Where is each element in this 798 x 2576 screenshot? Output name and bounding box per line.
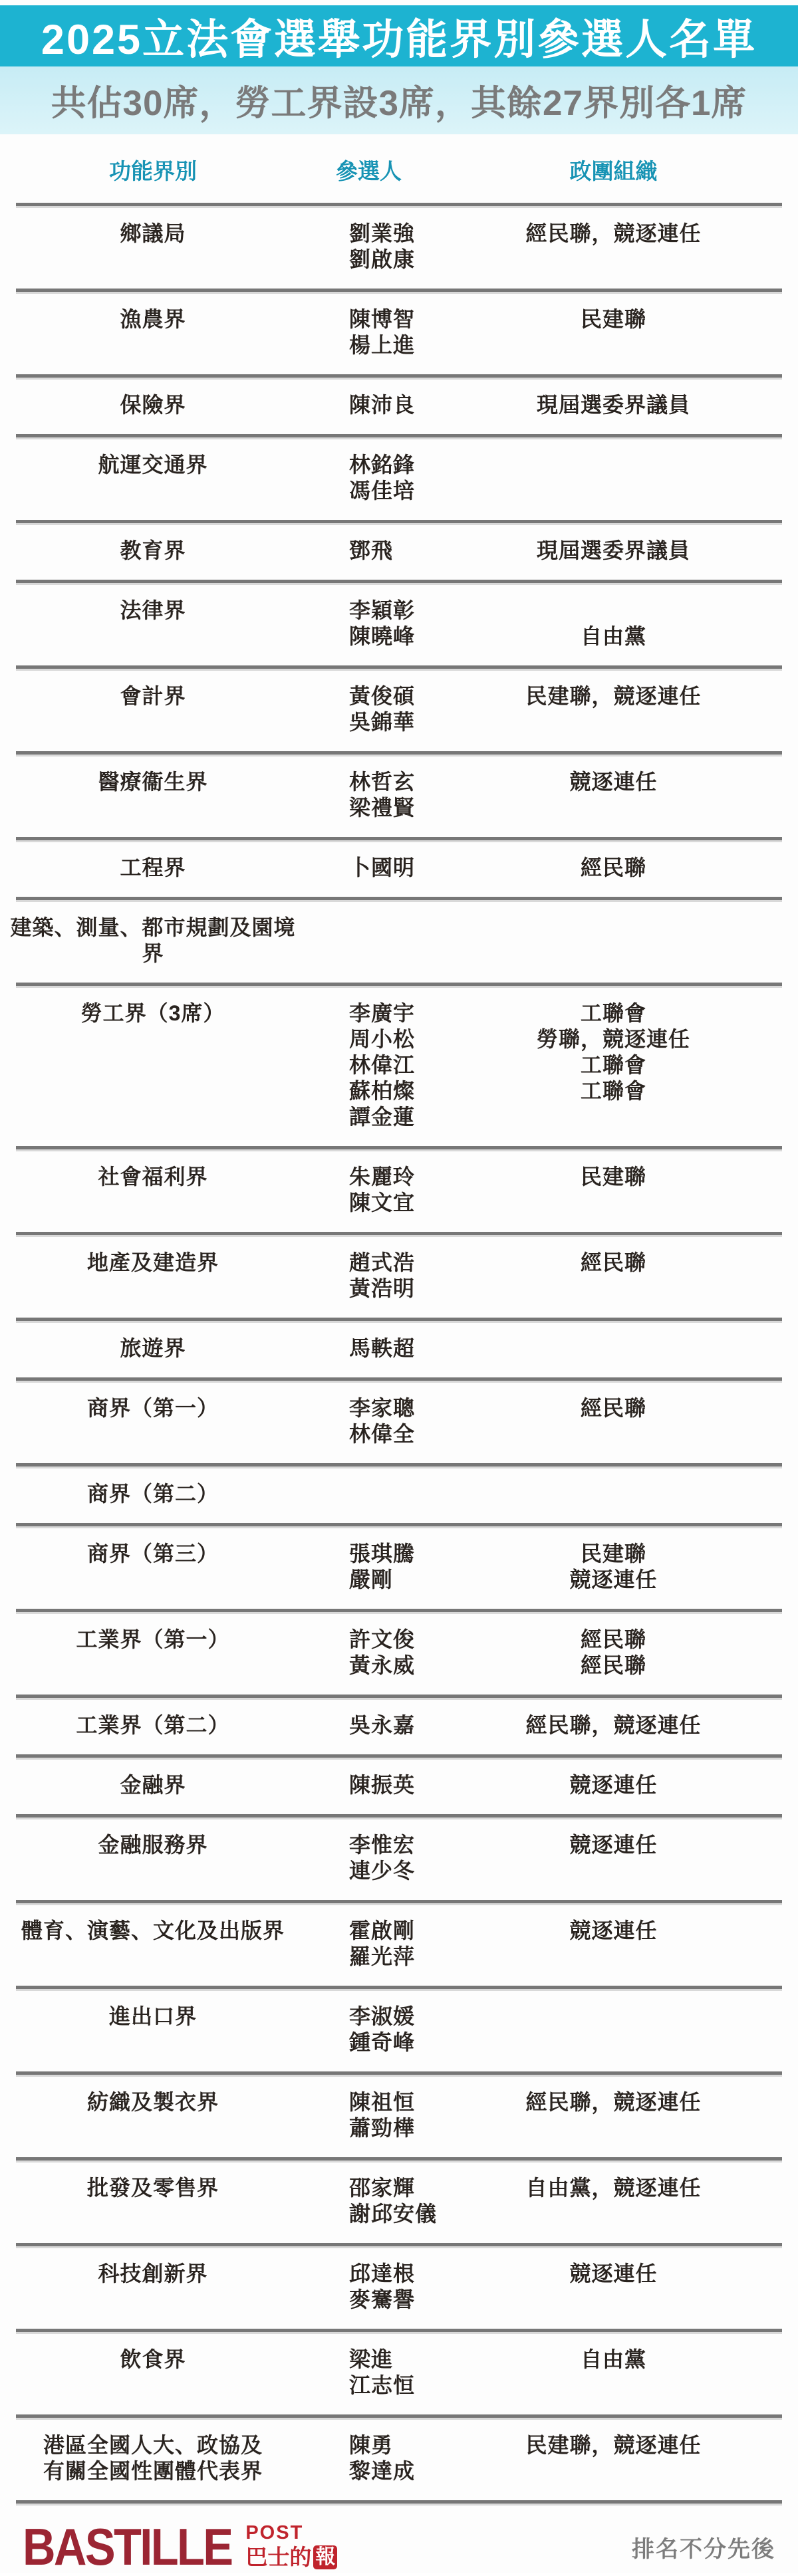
organisation-line: 競逐連任 — [492, 1567, 735, 1593]
candidates-cell: 陳沛良 — [306, 392, 492, 418]
ranking-note: 排名不分先後 — [632, 2531, 775, 2563]
candidate-name: 黃浩明 — [349, 1276, 492, 1302]
brand-chinese-text: 巴士的 — [245, 2545, 311, 2569]
candidates-cell: 李淑媛鍾奇峰 — [306, 2004, 492, 2055]
organisation-line: 經民聯，競逐連任 — [492, 1712, 735, 1738]
organisation-line: 自由黨，競逐連任 — [492, 2175, 735, 2201]
organisation-cell: 現屆選委界議員 — [492, 538, 798, 564]
category-line: 科技創新界 — [0, 2261, 306, 2287]
candidate-name: 陳振英 — [349, 1772, 492, 1798]
candidate-name: 黃永威 — [349, 1653, 492, 1679]
table-row: 進出口界李淑媛鍾奇峰 — [0, 1989, 798, 2071]
category-line: 金融服務界 — [0, 1832, 306, 1858]
organisation-cell: 競逐連任 — [492, 1918, 798, 1944]
organisation-cell: 自由黨，競逐連任 — [492, 2175, 798, 2201]
subtitle-banner: 共佔30席，勞工界設3席，其餘27界別各1席 — [0, 66, 798, 134]
organisation-cell: 經民聯 — [492, 1395, 798, 1421]
organisation-line: 民建聯，競逐連任 — [492, 683, 735, 709]
candidate-name: 謝邱安儀 — [349, 2201, 492, 2227]
candidates-cell: 邱達根麥騫譽 — [306, 2261, 492, 2313]
organisation-cell: 民建聯 — [492, 306, 798, 332]
table-row: 漁農界陳博智楊上進民建聯 — [0, 292, 798, 374]
organisation-cell: 民建聯，競逐連任 — [492, 2432, 798, 2458]
candidate-name: 陳沛良 — [349, 392, 492, 418]
table-row: 批發及零售界邵家輝謝邱安儀自由黨，競逐連任 — [0, 2161, 798, 2243]
category-line: 工業界（第二） — [0, 1712, 306, 1738]
category-cell: 工業界（第二） — [0, 1712, 306, 1738]
organisation-line: 經民聯，競逐連任 — [492, 2089, 735, 2115]
candidates-cell: 陳振英 — [306, 1772, 492, 1798]
candidates-cell: 林銘鋒馮佳培 — [306, 452, 492, 504]
category-cell: 勞工界（3席） — [0, 1000, 306, 1026]
category-line: 有關全國性團體代表界 — [0, 2458, 306, 2484]
category-line: 工業界（第一） — [0, 1627, 306, 1653]
candidates-cell: 霍啟剛羅光萍 — [306, 1918, 492, 1970]
candidate-name: 霍啟剛 — [349, 1918, 492, 1944]
brand-wordmark: BASTILLE — [23, 2521, 231, 2573]
candidates-cell: 卜國明 — [306, 855, 492, 881]
category-line: 保險界 — [0, 392, 306, 418]
category-line: 旅遊界 — [0, 1336, 306, 1361]
candidate-name: 馬軼超 — [349, 1336, 492, 1361]
organisation-line: 競逐連任 — [492, 1832, 735, 1858]
category-cell: 社會福利界 — [0, 1164, 306, 1190]
category-cell: 建築、測量、都市規劃及園境界 — [0, 915, 306, 967]
table-header-row: 功能界別 參選人 政團組織 — [0, 134, 798, 203]
candidates-cell: 鄧飛 — [306, 538, 492, 564]
category-line: 漁農界 — [0, 306, 306, 332]
organisation-line: 勞聯，競逐連任 — [492, 1026, 735, 1052]
candidate-name: 梁禮賢 — [349, 795, 492, 821]
table-row: 工業界（第二）吳永嘉經民聯，競逐連任 — [0, 1698, 798, 1754]
candidates-cell: 陳祖恒蕭勁樺 — [306, 2089, 492, 2141]
organisation-line: 競逐連任 — [492, 1772, 735, 1798]
brand-sub-block: POST 巴士的 報 — [245, 2522, 337, 2569]
candidate-name: 劉啟康 — [349, 247, 492, 273]
page-subtitle: 共佔30席，勞工界設3席，其餘27界別各1席 — [51, 75, 747, 126]
candidate-name: 嚴剛 — [349, 1567, 492, 1593]
organisation-line — [492, 598, 735, 624]
candidate-name: 卜國明 — [349, 855, 492, 881]
category-line: 社會福利界 — [0, 1164, 306, 1190]
category-cell: 法律界 — [0, 598, 306, 624]
category-cell: 地產及建造界 — [0, 1250, 306, 1276]
category-line: 商界（第一） — [0, 1395, 306, 1421]
category-cell: 批發及零售界 — [0, 2175, 306, 2201]
table-row: 會計界黃俊碩吳錦華民建聯，競逐連任 — [0, 669, 798, 751]
candidate-name: 周小松 — [349, 1026, 492, 1052]
organisation-line: 經民聯 — [492, 855, 735, 881]
organisation-line: 經民聯 — [492, 1250, 735, 1276]
candidate-name: 劉業強 — [349, 221, 492, 247]
candidates-cell: 劉業強劉啟康 — [306, 221, 492, 273]
candidate-name: 林偉全 — [349, 1421, 492, 1447]
organisation-cell: 經民聯 — [492, 855, 798, 881]
brand-chinese-badge: 報 — [313, 2545, 337, 2569]
category-cell: 商界（第三） — [0, 1541, 306, 1567]
organisation-cell: 民建聯，競逐連任 — [492, 683, 798, 709]
candidate-name: 林哲玄 — [349, 769, 492, 795]
category-line: 批發及零售界 — [0, 2175, 306, 2201]
organisation-cell: 民建聯 — [492, 1164, 798, 1190]
category-cell: 商界（第一） — [0, 1395, 306, 1421]
candidate-name: 陳文宜 — [349, 1190, 492, 1216]
table-row: 商界（第一）李家聰林偉全經民聯 — [0, 1381, 798, 1463]
organisation-cell: 民建聯競逐連任 — [492, 1541, 798, 1593]
table-row: 飲食界梁進江志恒自由黨 — [0, 2332, 798, 2414]
candidate-name: 鍾奇峰 — [349, 2030, 492, 2055]
category-line: 金融界 — [0, 1772, 306, 1798]
table-row: 法律界李穎彰陳曉峰 自由黨 — [0, 583, 798, 665]
candidates-cell: 黃俊碩吳錦華 — [306, 683, 492, 735]
candidates-cell: 張琪騰嚴剛 — [306, 1541, 492, 1593]
candidate-name: 林銘鋒 — [349, 452, 492, 478]
table-row: 建築、測量、都市規劃及園境界 — [0, 900, 798, 983]
candidate-name: 黃俊碩 — [349, 683, 492, 709]
candidates-cell: 梁進江志恒 — [306, 2347, 492, 2399]
candidates-cell: 陳勇黎達成 — [306, 2432, 492, 2484]
table-row: 航運交通界林銘鋒馮佳培 — [0, 437, 798, 520]
organisation-line: 民建聯，競逐連任 — [492, 2432, 735, 2458]
organisation-line: 民建聯 — [492, 306, 735, 332]
category-cell: 旅遊界 — [0, 1336, 306, 1361]
candidates-cell: 李家聰林偉全 — [306, 1395, 492, 1447]
category-line: 商界（第三） — [0, 1541, 306, 1567]
candidate-name: 羅光萍 — [349, 1944, 492, 1970]
organisation-line: 競逐連任 — [492, 2261, 735, 2287]
organisation-line: 現屆選委界議員 — [492, 538, 735, 564]
candidate-name: 李淑媛 — [349, 2004, 492, 2030]
organisation-cell: 經民聯經民聯 — [492, 1627, 798, 1679]
organisation-line: 經民聯 — [492, 1627, 735, 1653]
table-row: 金融界陳振英競逐連任 — [0, 1758, 798, 1814]
category-cell: 飲食界 — [0, 2347, 306, 2373]
organisation-line: 經民聯，競逐連任 — [492, 221, 735, 247]
infographic-page: 2025立法會選舉功能界別參選人名單 共佔30席，勞工界設3席，其餘27界別各1… — [0, 0, 798, 2573]
category-cell: 醫療衞生界 — [0, 769, 306, 795]
candidates-cell: 邵家輝謝邱安儀 — [306, 2175, 492, 2227]
category-line: 教育界 — [0, 538, 306, 564]
candidate-name: 李家聰 — [349, 1395, 492, 1421]
category-line: 港區全國人大、政協及 — [0, 2432, 306, 2458]
title-banner: 2025立法會選舉功能界別參選人名單 — [0, 5, 798, 66]
candidates-cell: 李廣宇周小松林偉江蘇柏燦譚金蓮 — [306, 1000, 492, 1130]
candidate-name: 陳勇 — [349, 2432, 492, 2458]
organisation-line: 民建聯 — [492, 1541, 735, 1567]
candidate-name: 鄧飛 — [349, 538, 492, 564]
candidate-name: 黎達成 — [349, 2458, 492, 2484]
category-line: 進出口界 — [0, 2004, 306, 2030]
category-cell: 鄉議局 — [0, 221, 306, 247]
candidates-cell: 吳永嘉 — [306, 1712, 492, 1738]
candidate-name: 邵家輝 — [349, 2175, 492, 2201]
category-line: 法律界 — [0, 598, 306, 624]
category-line: 紡織及製衣界 — [0, 2089, 306, 2115]
table-row: 港區全國人大、政協及有關全國性團體代表界陳勇黎達成民建聯，競逐連任 — [0, 2418, 798, 2500]
category-cell: 港區全國人大、政協及有關全國性團體代表界 — [0, 2432, 306, 2484]
candidate-name: 陳博智 — [349, 306, 492, 332]
category-line: 醫療衞生界 — [0, 769, 306, 795]
candidates-cell: 陳博智楊上進 — [306, 306, 492, 358]
candidates-cell: 李穎彰陳曉峰 — [306, 598, 492, 649]
candidates-cell: 林哲玄梁禮賢 — [306, 769, 492, 821]
table-row: 醫療衞生界林哲玄梁禮賢競逐連任 — [0, 755, 798, 837]
category-cell: 教育界 — [0, 538, 306, 564]
table-row: 工程界卜國明經民聯 — [0, 840, 798, 897]
candidate-name: 馮佳培 — [349, 478, 492, 504]
organisation-line: 自由黨 — [492, 624, 735, 649]
table-body: 鄉議局劉業強劉啟康經民聯，競逐連任漁農界陳博智楊上進民建聯保險界陳沛良現屆選委界… — [0, 203, 798, 2504]
category-cell: 金融服務界 — [0, 1832, 306, 1858]
organisation-cell: 自由黨 — [492, 2347, 798, 2373]
category-cell: 工業界（第一） — [0, 1627, 306, 1653]
organisation-cell: 經民聯 — [492, 1250, 798, 1276]
candidate-name: 李廣宇 — [349, 1000, 492, 1026]
candidates-cell: 馬軼超 — [306, 1336, 492, 1361]
table-row: 鄉議局劉業強劉啟康經民聯，競逐連任 — [0, 206, 798, 289]
table-row: 教育界鄧飛現屆選委界議員 — [0, 523, 798, 580]
table-row: 科技創新界邱達根麥騫譽競逐連任 — [0, 2246, 798, 2329]
table-row: 體育、演藝、文化及出版界霍啟剛羅光萍競逐連任 — [0, 1903, 798, 1986]
candidate-name: 麥騫譽 — [349, 2287, 492, 2313]
category-line: 地產及建造界 — [0, 1250, 306, 1276]
table-row: 金融服務界李惟宏連少冬競逐連任 — [0, 1817, 798, 1900]
table-row: 商界（第三）張琪騰嚴剛民建聯競逐連任 — [0, 1526, 798, 1609]
candidate-name: 張琪騰 — [349, 1541, 492, 1567]
organisation-line: 工聯會 — [492, 1000, 735, 1026]
category-cell: 科技創新界 — [0, 2261, 306, 2287]
category-line: 會計界 — [0, 683, 306, 709]
category-line: 航運交通界 — [0, 452, 306, 478]
table-row: 地產及建造界趙式浩黃浩明經民聯 — [0, 1235, 798, 1318]
organisation-cell: 競逐連任 — [492, 1772, 798, 1798]
organisation-cell: 經民聯，競逐連任 — [492, 221, 798, 247]
table-row: 保險界陳沛良現屆選委界議員 — [0, 378, 798, 434]
brand-chinese-label: 巴士的 報 — [245, 2545, 337, 2569]
candidate-name: 蘇柏燦 — [349, 1078, 492, 1104]
table-row: 工業界（第一）許文俊黃永威經民聯經民聯 — [0, 1612, 798, 1695]
organisation-cell: 自由黨 — [492, 598, 798, 649]
candidate-name: 陳祖恒 — [349, 2089, 492, 2115]
category-cell: 紡織及製衣界 — [0, 2089, 306, 2115]
organisation-line: 競逐連任 — [492, 1918, 735, 1944]
footer: BASTILLE POST 巴士的 報 排名不分先後 — [0, 2504, 798, 2573]
table-row: 社會福利界朱麗玲陳文宜民建聯 — [0, 1149, 798, 1232]
category-cell: 進出口界 — [0, 2004, 306, 2030]
organisation-line: 民建聯 — [492, 1164, 735, 1190]
column-header-candidates: 參選人 — [306, 154, 492, 185]
category-cell: 商界（第二） — [0, 1481, 306, 1507]
category-line: 勞工界（3席） — [0, 1000, 306, 1026]
table-row: 紡織及製衣界陳祖恒蕭勁樺經民聯，競逐連任 — [0, 2075, 798, 2157]
brand-post-label: POST — [245, 2522, 337, 2543]
category-line: 體育、演藝、文化及出版界 — [0, 1918, 306, 1944]
organisation-cell: 現屆選委界議員 — [492, 392, 798, 418]
category-cell: 航運交通界 — [0, 452, 306, 478]
candidates-cell: 許文俊黃永威 — [306, 1627, 492, 1679]
organisation-cell: 經民聯，競逐連任 — [492, 1712, 798, 1738]
candidate-name: 邱達根 — [349, 2261, 492, 2287]
candidate-name: 梁進 — [349, 2347, 492, 2373]
organisation-line: 競逐連任 — [492, 769, 735, 795]
organisation-line: 工聯會 — [492, 1078, 735, 1104]
candidates-cell: 李惟宏連少冬 — [306, 1832, 492, 1884]
organisation-line: 自由黨 — [492, 2347, 735, 2373]
organisation-line: 工聯會 — [492, 1052, 735, 1078]
table-row: 勞工界（3席）李廣宇周小松林偉江蘇柏燦譚金蓮工聯會勞聯，競逐連任工聯會工聯會 — [0, 986, 798, 1146]
table-row: 旅遊界馬軼超 — [0, 1321, 798, 1377]
organisation-line: 經民聯 — [492, 1395, 735, 1421]
candidate-name: 林偉江 — [349, 1052, 492, 1078]
candidates-cell: 朱麗玲陳文宜 — [306, 1164, 492, 1216]
category-cell: 會計界 — [0, 683, 306, 709]
category-cell: 體育、演藝、文化及出版界 — [0, 1918, 306, 1944]
column-header-category: 功能界別 — [0, 154, 306, 185]
category-line: 建築、測量、都市規劃及園境界 — [0, 915, 306, 967]
candidate-name: 蕭勁樺 — [349, 2115, 492, 2141]
category-line: 鄉議局 — [0, 221, 306, 247]
candidate-name: 趙式浩 — [349, 1250, 492, 1276]
category-cell: 保險界 — [0, 392, 306, 418]
organisation-cell: 競逐連任 — [492, 2261, 798, 2287]
candidate-name: 楊上進 — [349, 332, 492, 358]
organisation-line: 現屆選委界議員 — [492, 392, 735, 418]
candidate-name: 譚金蓮 — [349, 1104, 492, 1130]
organisation-cell: 工聯會勞聯，競逐連任工聯會工聯會 — [492, 1000, 798, 1104]
category-line: 商界（第二） — [0, 1481, 306, 1507]
column-header-organisation: 政團組織 — [492, 154, 798, 185]
candidate-name: 李穎彰 — [349, 598, 492, 624]
candidate-name: 江志恒 — [349, 2373, 492, 2399]
category-line: 飲食界 — [0, 2347, 306, 2373]
candidates-cell: 趙式浩黃浩明 — [306, 1250, 492, 1302]
category-cell: 金融界 — [0, 1772, 306, 1798]
candidate-name: 李惟宏 — [349, 1832, 492, 1858]
organisation-cell: 競逐連任 — [492, 1832, 798, 1858]
organisation-cell: 經民聯，競逐連任 — [492, 2089, 798, 2115]
candidate-name: 吳錦華 — [349, 709, 492, 735]
candidate-name: 許文俊 — [349, 1627, 492, 1653]
category-line: 工程界 — [0, 855, 306, 881]
category-cell: 工程界 — [0, 855, 306, 881]
candidate-name: 陳曉峰 — [349, 624, 492, 649]
candidate-name: 吳永嘉 — [349, 1712, 492, 1738]
organisation-line: 經民聯 — [492, 1653, 735, 1679]
category-cell: 漁農界 — [0, 306, 306, 332]
table-row: 商界（第二） — [0, 1466, 798, 1523]
organisation-cell: 競逐連任 — [492, 769, 798, 795]
candidate-name: 連少冬 — [349, 1858, 492, 1884]
page-title: 2025立法會選舉功能界別參選人名單 — [41, 6, 757, 66]
bastille-post-logo: BASTILLE POST 巴士的 報 — [23, 2521, 337, 2573]
candidate-name: 朱麗玲 — [349, 1164, 492, 1190]
